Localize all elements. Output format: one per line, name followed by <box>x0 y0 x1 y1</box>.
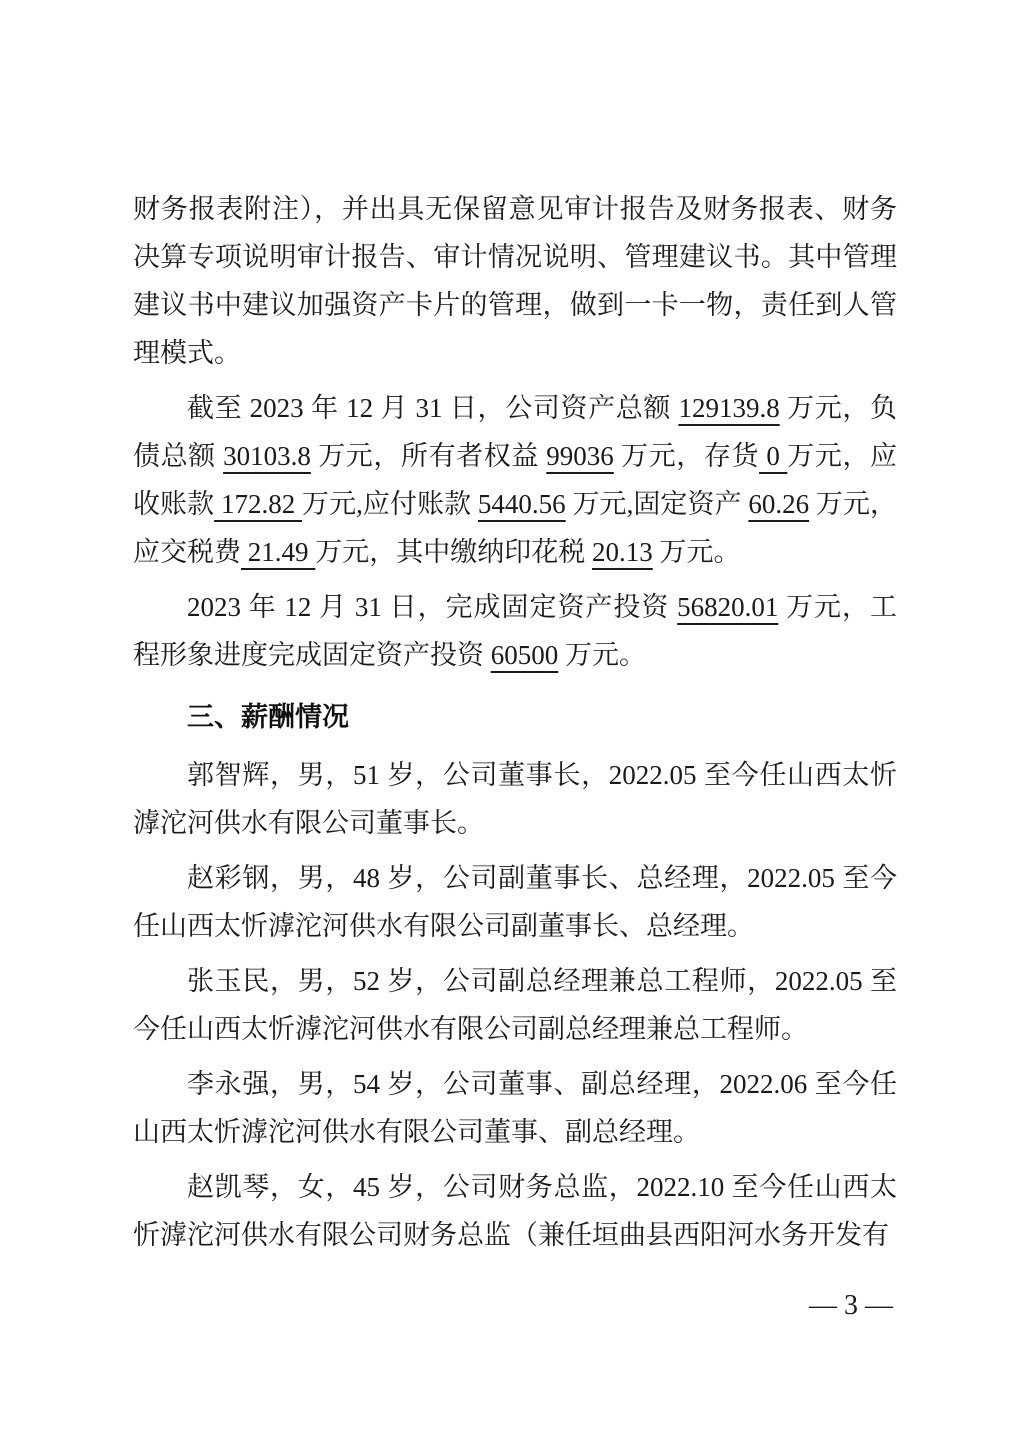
text-segment: 万元，其中缴纳印花税 <box>315 537 592 567</box>
text-segment: 万元，存货 <box>614 441 759 471</box>
text-segment: 赵凯琴，女，45 岁，公司财务总监，2022.10 至今任山西太忻滹沱河供水有限… <box>133 1172 897 1250</box>
underlined-value: 20.13 <box>592 537 653 567</box>
text-segment: 截至 2023 年 12 月 31 日，公司资产总额 <box>187 393 678 423</box>
underlined-value: 56820.01 <box>677 592 778 622</box>
paragraph: 赵凯琴，女，45 岁，公司财务总监，2022.10 至今任山西太忻滹沱河供水有限… <box>133 1163 897 1259</box>
underlined-value: 5440.56 <box>478 489 566 519</box>
underlined-value: 129139.8 <box>678 393 779 423</box>
section-heading: 三、薪酬情况 <box>133 693 897 741</box>
underlined-value: 0 <box>759 441 787 471</box>
paragraph: 李永强，男，54 岁，公司董事、副总经理，2022.06 至今任山西太忻滹沱河供… <box>133 1060 897 1156</box>
text-segment: 郭智辉，男，51 岁，公司董事长，2022.05 至今任山西太忻滹沱河供水有限公… <box>133 760 897 838</box>
text-segment: 财务报表附注），并出具无保留意见审计报告及财务报表、财务决算专项说明审计报告、审… <box>133 194 897 368</box>
text-segment: 三、薪酬情况 <box>187 702 349 732</box>
underlined-value: 30103.8 <box>223 441 311 471</box>
page-number: — 3 — <box>809 1290 893 1321</box>
paragraph: 2023 年 12 月 31 日，完成固定资产投资 56820.01 万元，工程… <box>133 583 897 679</box>
text-segment: 万元,应付账款 <box>302 489 478 519</box>
text-segment: 赵彩钢，男，48 岁，公司副董事长、总经理，2022.05 至今任山西太忻滹沱河… <box>133 863 897 941</box>
page-footer: — 3 — <box>809 1292 893 1320</box>
underlined-value: 60500 <box>491 640 559 670</box>
text-segment: 万元，所有者权益 <box>311 441 546 471</box>
text-segment: 万元。 <box>653 537 741 567</box>
paragraph: 财务报表附注），并出具无保留意见审计报告及财务报表、财务决算专项说明审计报告、审… <box>133 185 897 377</box>
underlined-value: 99036 <box>546 441 614 471</box>
text-segment: 万元,固定资产 <box>566 489 749 519</box>
underlined-value: 172.82 <box>214 489 302 519</box>
paragraph: 张玉民，男，52 岁，公司副总经理兼总工程师，2022.05 至今任山西太忻滹沱… <box>133 957 897 1053</box>
text-segment: 2023 年 12 月 31 日，完成固定资产投资 <box>187 592 677 622</box>
text-segment: 李永强，男，54 岁，公司董事、副总经理，2022.06 至今任山西太忻滹沱河供… <box>133 1069 897 1147</box>
document-body: 财务报表附注），并出具无保留意见审计报告及财务报表、财务决算专项说明审计报告、审… <box>133 185 897 1266</box>
paragraph: 截至 2023 年 12 月 31 日，公司资产总额 129139.8 万元，负… <box>133 384 897 576</box>
text-segment: 张玉民，男，52 岁，公司副总经理兼总工程师，2022.05 至今任山西太忻滹沱… <box>133 966 897 1044</box>
underlined-value: 21.49 <box>241 537 315 567</box>
page-sheet: 财务报表附注），并出具无保留意见审计报告及财务报表、财务决算专项说明审计报告、审… <box>0 0 1024 1448</box>
text-segment: 万元。 <box>558 640 646 670</box>
paragraph: 郭智辉，男，51 岁，公司董事长，2022.05 至今任山西太忻滹沱河供水有限公… <box>133 751 897 847</box>
underlined-value: 60.26 <box>748 489 809 519</box>
paragraph: 赵彩钢，男，48 岁，公司副董事长、总经理，2022.05 至今任山西太忻滹沱河… <box>133 854 897 950</box>
